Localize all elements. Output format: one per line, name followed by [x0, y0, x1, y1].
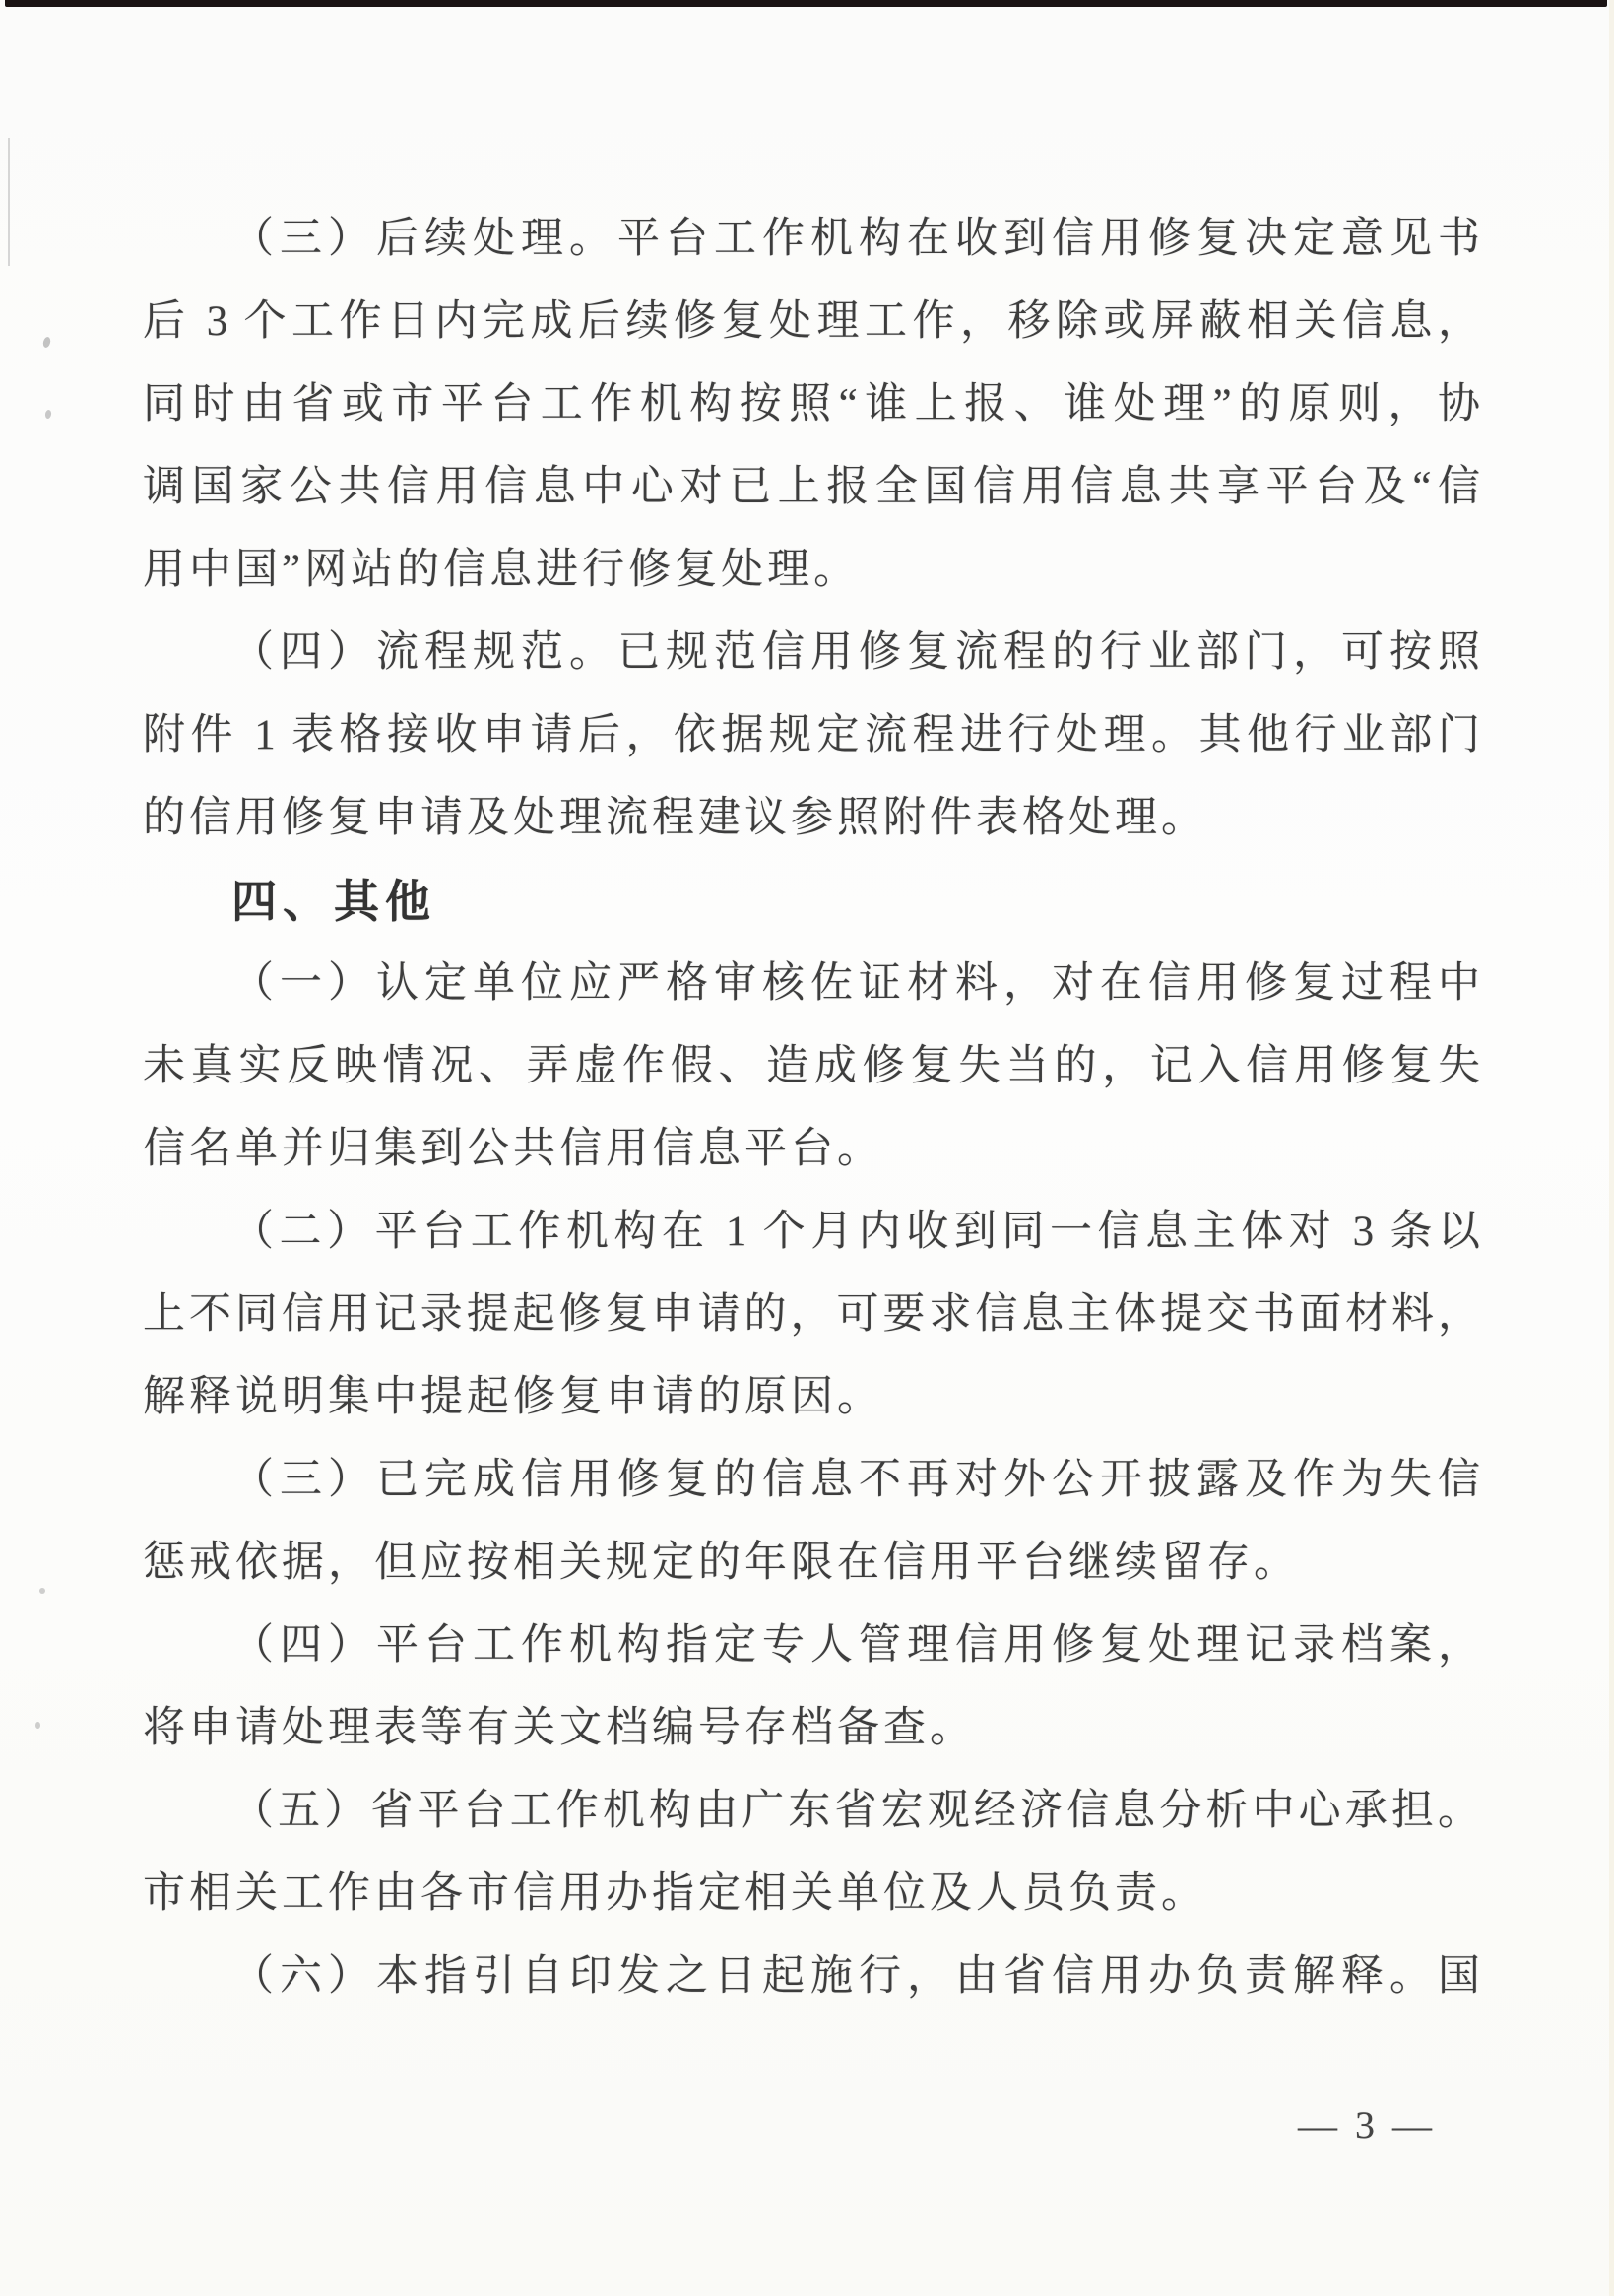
text-line: 解释说明集中提起修复申请的原因。	[143, 1356, 1480, 1439]
text-line: （三）已完成信用修复的信息不再对外公开披露及作为失信	[143, 1439, 1480, 1522]
scan-edge-top	[5, 0, 1607, 7]
scan-speck	[35, 1722, 40, 1729]
text-line: （四）流程规范。已规范信用修复流程的行业部门，可按照	[143, 612, 1480, 694]
text-line: （六）本指引自印发之日起施行，由省信用办负责解释。国	[143, 1935, 1480, 2018]
text-line: 上不同信用记录提起修复申请的，可要求信息主体提交书面材料，	[143, 1274, 1480, 1356]
document-body: （三）后续处理。平台工作机构在收到信用修复决定意见书后 3 个工作日内完成后续修…	[143, 198, 1480, 2018]
text-line: 附件 1 表格接收申请后，依据规定流程进行处理。其他行业部门	[143, 694, 1480, 777]
text-line: 调国家公共信用信息中心对已上报全国信用信息共享平台及“信	[143, 446, 1480, 529]
text-line: （四）平台工作机构指定专人管理信用修复处理记录档案，	[143, 1605, 1480, 1687]
text-line: 未真实反映情况、弄虚作假、造成修复失当的，记入信用修复失	[143, 1025, 1480, 1108]
scan-speck	[39, 1588, 45, 1594]
text-line: 的信用修复申请及处理流程建议参照附件表格处理。	[143, 777, 1480, 860]
scanned-document-page: （三）后续处理。平台工作机构在收到信用修复决定意见书后 3 个工作日内完成后续修…	[0, 0, 1614, 2296]
text-line: 用中国”网站的信息进行修复处理。	[143, 529, 1480, 612]
scan-speck	[42, 336, 52, 348]
text-line: （一）认定单位应严格审核佐证材料，对在信用修复过程中	[143, 943, 1480, 1025]
text-line: 市相关工作由各市信用办指定相关单位及人员负责。	[143, 1853, 1480, 1935]
scan-artifact-line	[8, 138, 10, 266]
text-line: 四、其他	[143, 860, 1480, 943]
text-line: （二）平台工作机构在 1 个月内收到同一信息主体对 3 条以	[143, 1191, 1480, 1274]
text-line: （五）省平台工作机构由广东省宏观经济信息分析中心承担。	[143, 1770, 1480, 1853]
text-line: 将申请处理表等有关文档编号存档备查。	[143, 1687, 1480, 1770]
text-line: 同时由省或市平台工作机构按照“谁上报、谁处理”的原则，协	[143, 363, 1480, 446]
scan-speck	[44, 410, 51, 420]
scan-edge-right	[1609, 0, 1614, 2296]
text-line: 后 3 个工作日内完成后续修复处理工作，移除或屏蔽相关信息，	[143, 281, 1480, 363]
page-number: — 3 —	[1298, 2096, 1436, 2155]
text-line: （三）后续处理。平台工作机构在收到信用修复决定意见书	[143, 198, 1480, 281]
text-line: 惩戒依据，但应按相关规定的年限在信用平台继续留存。	[143, 1522, 1480, 1605]
text-line: 信名单并归集到公共信用信息平台。	[143, 1108, 1480, 1191]
